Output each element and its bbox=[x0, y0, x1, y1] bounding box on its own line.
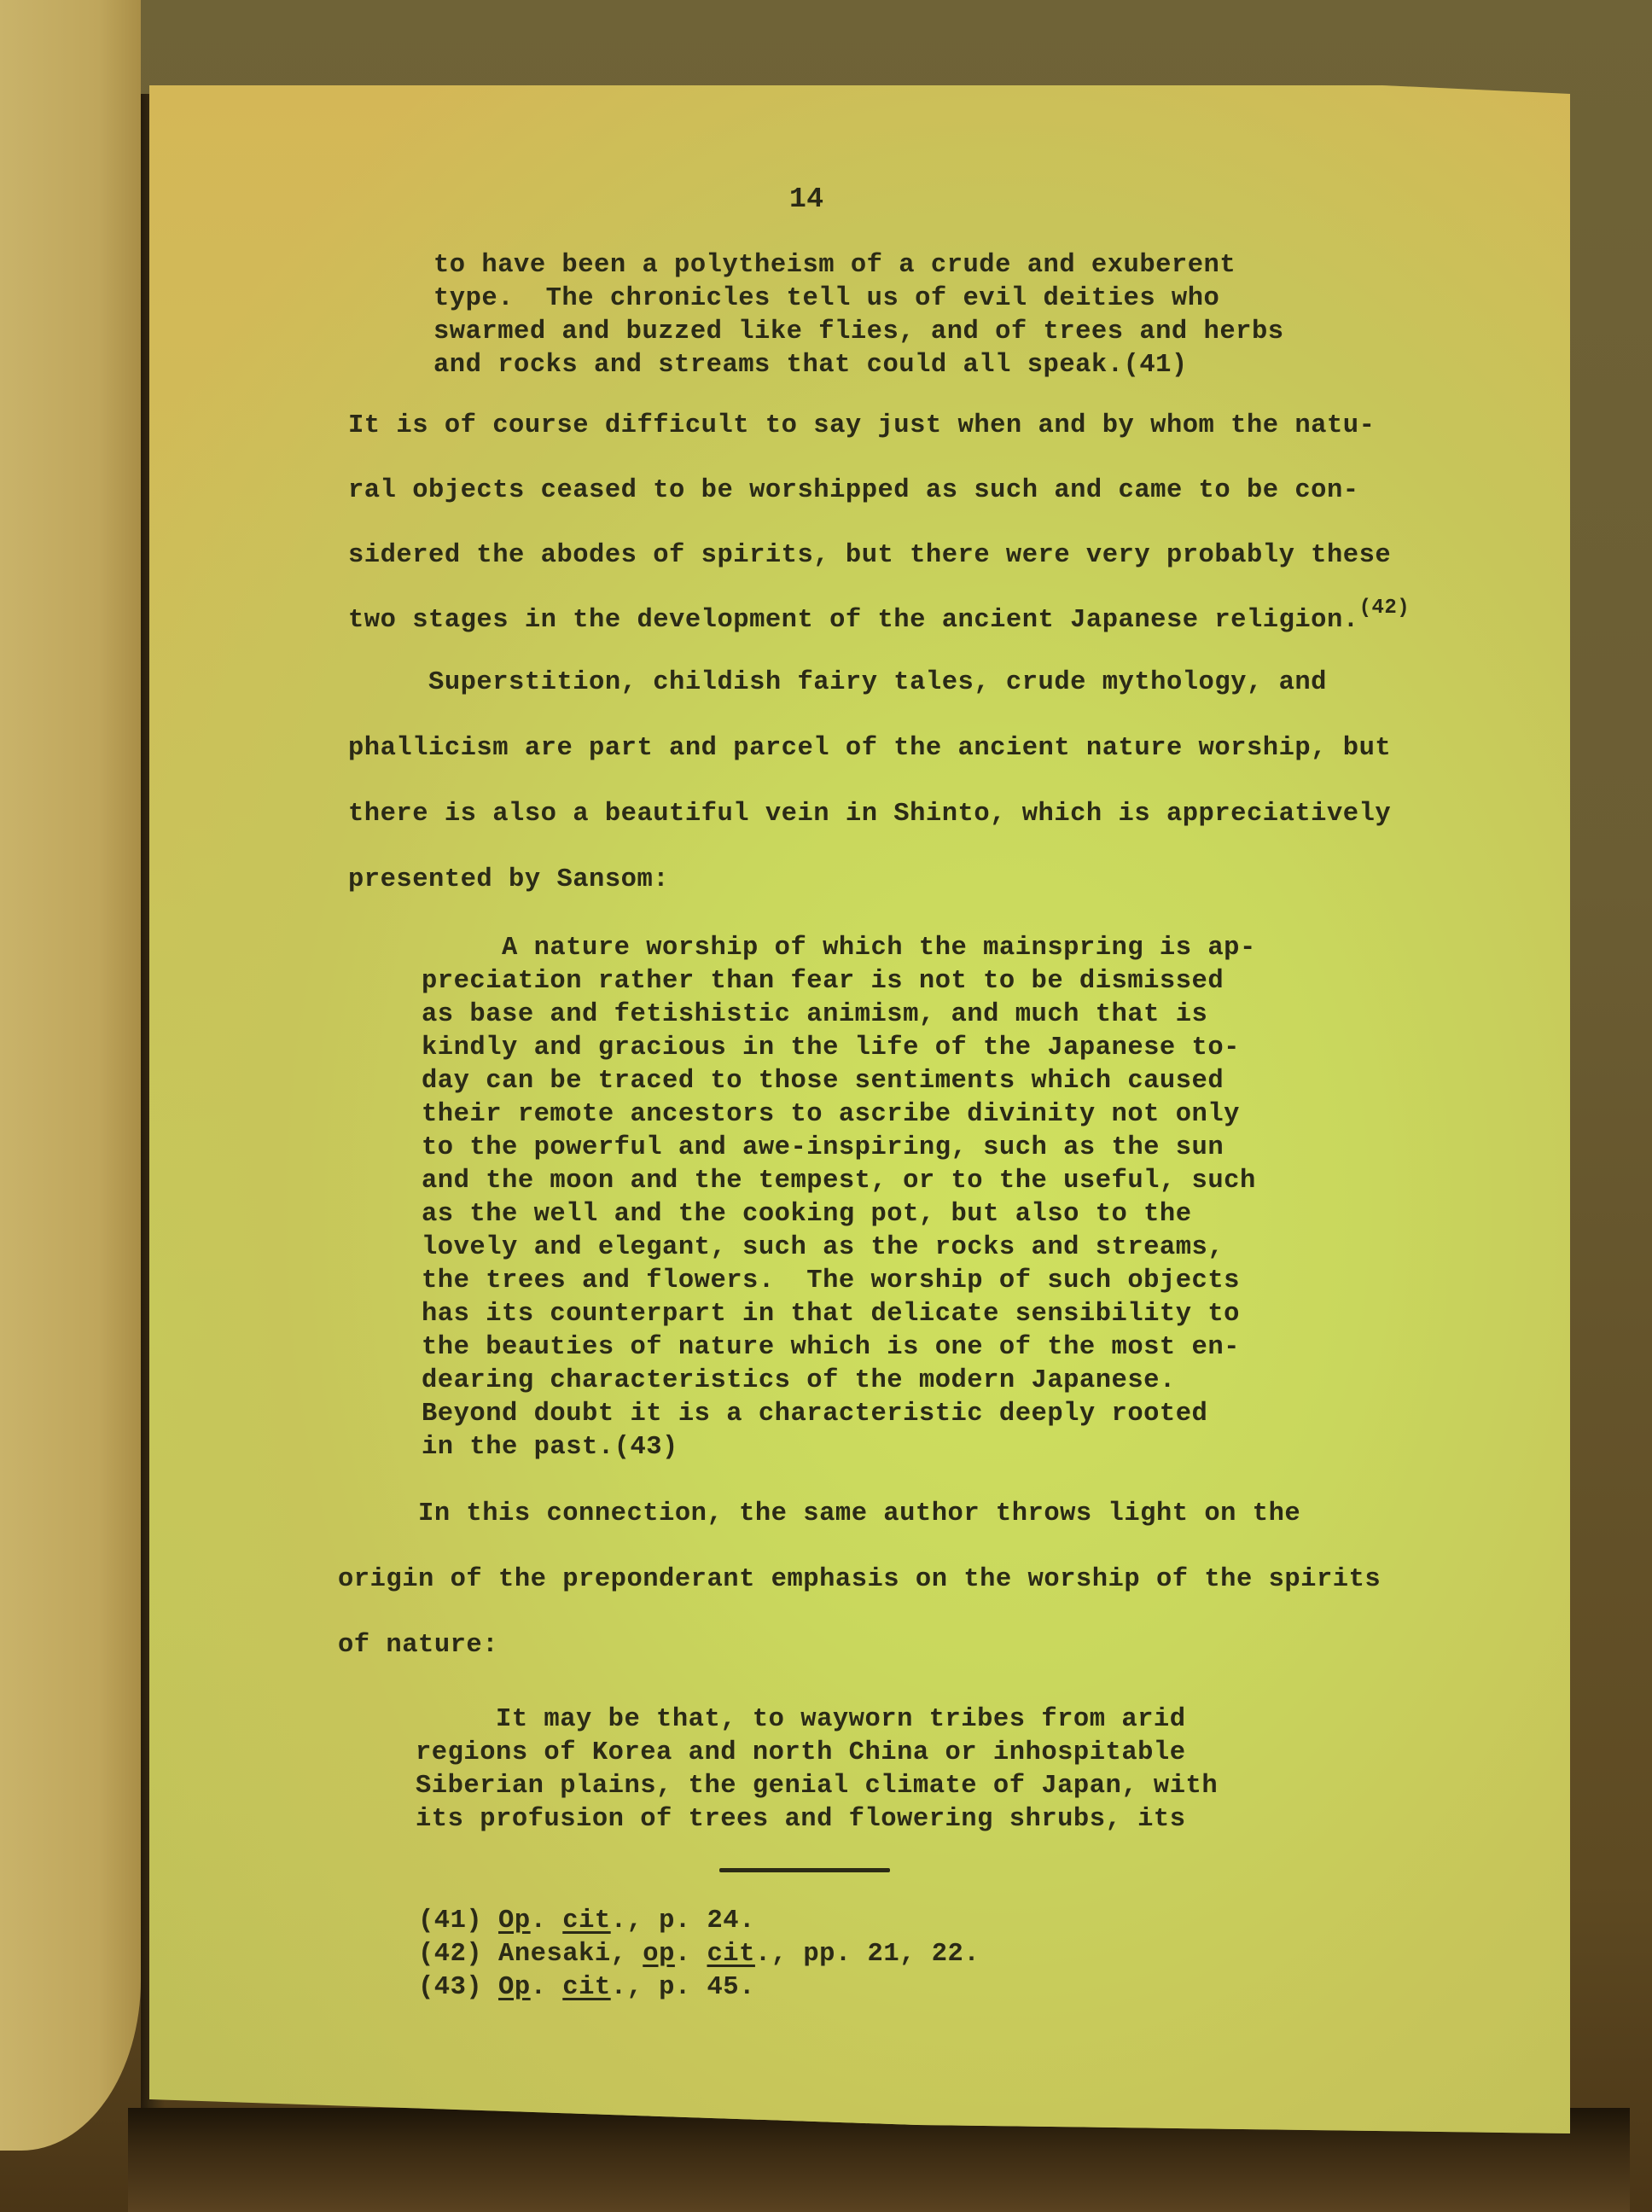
footnote-42: (42) Anesaki, op. cit., pp. 21, 22. bbox=[418, 1938, 980, 1971]
footnote-abbrev: Op bbox=[498, 1973, 531, 2002]
quote-line: and rocks and streams that could all spe… bbox=[433, 349, 1188, 382]
footnote-number: (43) bbox=[418, 1973, 482, 2002]
body-line: phallicism are part and parcel of the an… bbox=[348, 734, 1391, 763]
quote-line: lovely and elegant, such as the rocks an… bbox=[422, 1231, 1224, 1265]
body-line: ral objects ceased to be worshipped as s… bbox=[348, 476, 1359, 505]
footnote-author: Anesaki, bbox=[498, 1940, 643, 1969]
footnote-abbrev: op bbox=[643, 1940, 675, 1969]
quote-line: dearing characteristics of the modern Ja… bbox=[422, 1365, 1176, 1398]
footnote-separator bbox=[719, 1868, 890, 1872]
quote-line: the beauties of nature which is one of t… bbox=[422, 1331, 1240, 1365]
body-line-text: two stages in the development of the anc… bbox=[348, 606, 1359, 635]
footnote-punct: . bbox=[531, 1973, 547, 2002]
quote-line: the trees and flowers. The worship of su… bbox=[422, 1265, 1240, 1298]
quote-line: has its counterpart in that delicate sen… bbox=[422, 1298, 1240, 1331]
quote-line: in the past.(43) bbox=[422, 1431, 678, 1464]
footnote-ref-42: (42) bbox=[1359, 597, 1411, 620]
quote-line: kindly and gracious in the life of the J… bbox=[422, 1032, 1240, 1065]
quote-line: Beyond doubt it is a characteristic deep… bbox=[422, 1398, 1207, 1431]
facing-page bbox=[0, 0, 141, 2151]
footnote-number: (42) bbox=[418, 1940, 482, 1969]
quote-line: to the powerful and awe-inspiring, such … bbox=[422, 1132, 1224, 1165]
body-line: In this connection, the same author thro… bbox=[338, 1499, 1300, 1528]
quote-line: type. The chronicles tell us of evil dei… bbox=[433, 282, 1219, 316]
body-line: there is also a beautiful vein in Shinto… bbox=[348, 800, 1391, 829]
footnote-page: ., pp. 21, 22. bbox=[755, 1940, 980, 1969]
body-line: Superstition, childish fairy tales, crud… bbox=[348, 668, 1327, 697]
footnote-41: (41) Op. cit., p. 24. bbox=[418, 1905, 755, 1938]
quote-line: to have been a polytheism of a crude and… bbox=[433, 249, 1236, 282]
body-line: It is of course difficult to say just wh… bbox=[348, 411, 1375, 440]
quote-line: as base and fetishistic animism, and muc… bbox=[422, 998, 1207, 1032]
body-line: of nature: bbox=[338, 1631, 498, 1660]
footnote-page: ., p. 24. bbox=[611, 1906, 755, 1935]
footnote-43: (43) Op. cit., p. 45. bbox=[418, 1971, 755, 2005]
body-line: presented by Sansom: bbox=[348, 865, 669, 894]
footnote-page: ., p. 45. bbox=[611, 1973, 755, 2002]
quote-line: its profusion of trees and flowering shr… bbox=[416, 1803, 1186, 1837]
body-line: origin of the preponderant emphasis on t… bbox=[338, 1565, 1381, 1594]
footnote-abbrev: cit bbox=[562, 1973, 610, 2002]
body-line: sidered the abodes of spirits, but there… bbox=[348, 541, 1391, 570]
footnote-abbrev: cit bbox=[562, 1906, 610, 1935]
quote-line: preciation rather than fear is not to be… bbox=[422, 965, 1224, 998]
footnote-punct: . bbox=[675, 1940, 691, 1969]
quote-line: A nature worship of which the mainspring… bbox=[422, 932, 1256, 965]
quote-line: and the moon and the tempest, or to the … bbox=[422, 1165, 1256, 1198]
quote-line: It may be that, to wayworn tribes from a… bbox=[416, 1703, 1186, 1737]
quote-line: as the well and the cooking pot, but als… bbox=[422, 1198, 1192, 1231]
quote-line: their remote ancestors to ascribe divini… bbox=[422, 1098, 1240, 1132]
body-line: two stages in the development of the anc… bbox=[348, 606, 1410, 635]
footnote-abbrev: cit bbox=[707, 1940, 755, 1969]
quote-line: day can be traced to those sentiments wh… bbox=[422, 1065, 1224, 1098]
page-number: 14 bbox=[789, 183, 824, 215]
footnote-punct: . bbox=[531, 1906, 547, 1935]
quote-line: swarmed and buzzed like flies, and of tr… bbox=[433, 316, 1284, 349]
footnote-abbrev: Op bbox=[498, 1906, 531, 1935]
footnote-number: (41) bbox=[418, 1906, 482, 1935]
quote-line: Siberian plains, the genial climate of J… bbox=[416, 1770, 1218, 1803]
quote-line: regions of Korea and north China or inho… bbox=[416, 1737, 1186, 1770]
